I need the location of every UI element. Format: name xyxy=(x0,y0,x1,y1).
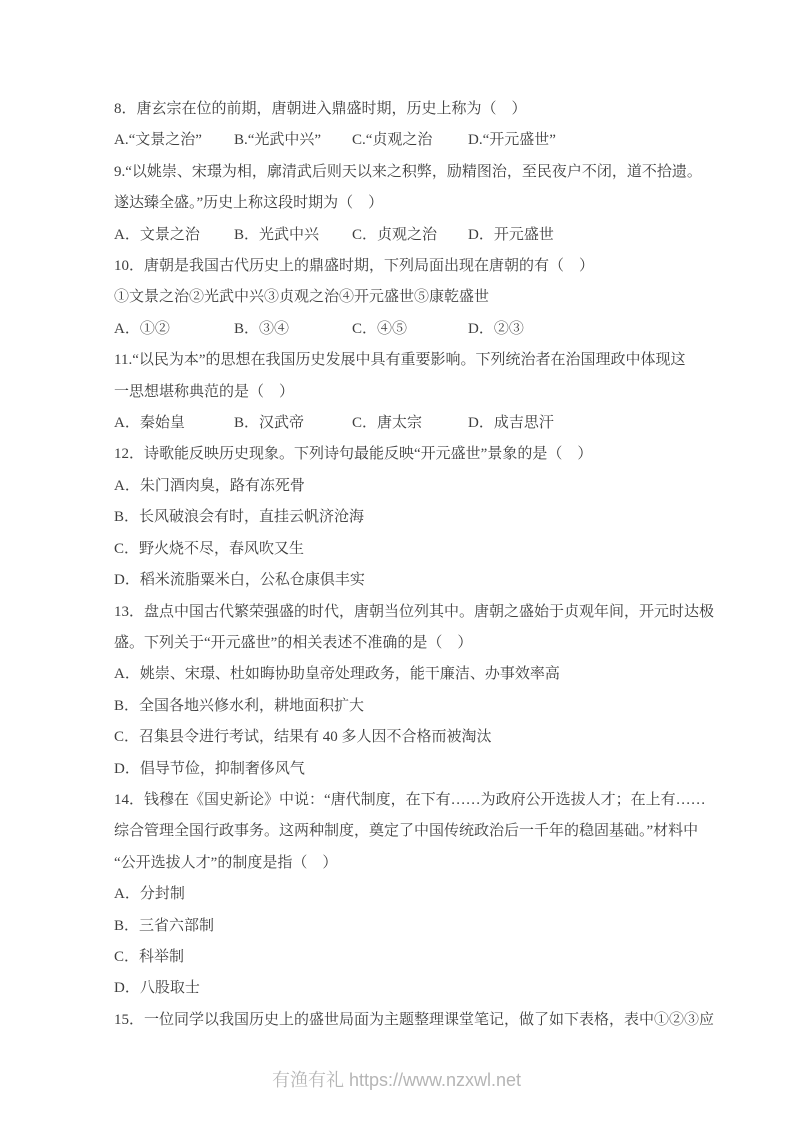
question-9-options-row: A．文景之治 B．光武中兴 C．贞观之治 D．开元盛世 xyxy=(114,220,714,251)
footer-watermark: 有渔有礼 https://www.nzxwl.net xyxy=(0,1066,793,1092)
watermark-text: 有渔有礼 https://www.nzxwl.net xyxy=(272,1070,521,1090)
question-13: 13．盘点中国古代繁荣强盛的时代，唐朝当位列其中。唐朝之盛始于贞观年间，开元时达… xyxy=(114,597,714,785)
question-9-option-b: B．光武中兴 xyxy=(234,220,352,251)
question-8-option-a: A.“文景之治” xyxy=(114,125,234,156)
question-11-option-d: D．成吉思汗 xyxy=(468,408,714,439)
question-14-option-c: C．科举制 xyxy=(114,942,714,973)
question-14-option-a: A．分封制 xyxy=(114,879,714,910)
question-10: 10．唐朝是我国古代历史上的鼎盛时期，下列局面出现在唐朝的有（ ） ①文景之治②… xyxy=(114,251,714,345)
question-9-option-d: D．开元盛世 xyxy=(468,220,714,251)
question-11: 11.“以民为本”的思想在我国历史发展中具有重要影响。下列统治者在治国理政中体现… xyxy=(114,345,714,439)
question-14: 14．钱穆在《国史新论》中说：“唐代制度，在下有……为政府公开选拔人才；在上有…… xyxy=(114,785,714,1005)
question-14-option-b: B．三省六部制 xyxy=(114,911,714,942)
question-8-options-row: A.“文景之治” B.“光武中兴” C.“贞观之治 D.“开元盛世” xyxy=(114,125,714,156)
question-12-stem-line-1: 12．诗歌能反映历史现象。下列诗句最能反映“开元盛世”景象的是（ ） xyxy=(114,439,714,470)
question-13-option-b: B．全国各地兴修水利，耕地面积扩大 xyxy=(114,691,714,722)
question-10-item-list: ①文景之治②光武中兴③贞观之治④开元盛世⑤康乾盛世 xyxy=(114,282,714,313)
question-10-options-row: A．①② B．③④ C．④⑤ D．②③ xyxy=(114,314,714,345)
question-12-option-c: C．野火烧不尽，春风吹又生 xyxy=(114,534,714,565)
question-10-option-d: D．②③ xyxy=(468,314,714,345)
question-12-option-a: A．朱门酒肉臭，路有冻死骨 xyxy=(114,471,714,502)
question-8-option-b: B.“光武中兴” xyxy=(234,125,352,156)
question-13-option-c: C．召集县令进行考试，结果有 40 多人因不合格而被淘汰 xyxy=(114,722,714,753)
question-10-option-b: B．③④ xyxy=(234,314,352,345)
question-11-stem-line-1: 11.“以民为本”的思想在我国历史发展中具有重要影响。下列统治者在治国理政中体现… xyxy=(114,345,714,376)
question-8: 8．唐玄宗在位的前期，唐朝进入鼎盛时期，历史上称为（ ） A.“文景之治” B.… xyxy=(114,94,714,157)
question-13-stem-line-1: 13．盘点中国古代繁荣强盛的时代，唐朝当位列其中。唐朝之盛始于贞观年间，开元时达… xyxy=(114,597,714,628)
question-11-options-row: A．秦始皇 B．汉武帝 C．唐太宗 D．成吉思汗 xyxy=(114,408,714,439)
question-15: 15．一位同学以我国历史上的盛世局面为主题整理课堂笔记，做了如下表格，表中①②③… xyxy=(114,1005,714,1036)
question-8-option-c: C.“贞观之治 xyxy=(352,125,468,156)
question-13-option-a: A．姚崇、宋璟、杜如晦协助皇帝处理政务，能干廉洁、办事效率高 xyxy=(114,659,714,690)
question-12: 12．诗歌能反映历史现象。下列诗句最能反映“开元盛世”景象的是（ ） A．朱门酒… xyxy=(114,439,714,596)
question-9-stem-line-1: 9.“以姚崇、宋璟为相，廓清武后则天以来之积弊，励精图治，至民夜户不闭，道不拾遗… xyxy=(114,157,714,188)
question-12-option-b: B．长风破浪会有时，直挂云帆济沧海 xyxy=(114,502,714,533)
question-11-stem-line-2: 一思想堪称典范的是（ ） xyxy=(114,377,714,408)
question-10-stem-line-1: 10．唐朝是我国古代历史上的鼎盛时期，下列局面出现在唐朝的有（ ） xyxy=(114,251,714,282)
question-13-option-d: D．倡导节俭，抑制奢侈风气 xyxy=(114,754,714,785)
exam-page: 8．唐玄宗在位的前期，唐朝进入鼎盛时期，历史上称为（ ） A.“文景之治” B.… xyxy=(0,0,793,1122)
question-14-option-d: D．八股取士 xyxy=(114,973,714,1004)
question-14-stem-line-3: “公开选拔人才”的制度是指（ ） xyxy=(114,848,714,879)
question-9-option-c: C．贞观之治 xyxy=(352,220,468,251)
question-10-option-a: A．①② xyxy=(114,314,234,345)
question-11-option-b: B．汉武帝 xyxy=(234,408,352,439)
question-13-stem-line-2: 盛。下列关于“开元盛世”的相关表述不准确的是（ ） xyxy=(114,628,714,659)
question-8-stem-line-1: 8．唐玄宗在位的前期，唐朝进入鼎盛时期，历史上称为（ ） xyxy=(114,94,714,125)
question-9-stem-line-2: 遂达臻全盛。”历史上称这段时期为（ ） xyxy=(114,188,714,219)
question-14-stem-line-1: 14．钱穆在《国史新论》中说：“唐代制度，在下有……为政府公开选拔人才；在上有…… xyxy=(114,785,714,816)
question-11-option-a: A．秦始皇 xyxy=(114,408,234,439)
question-12-option-d: D．稻米流脂粟米白，公私仓康俱丰实 xyxy=(114,565,714,596)
question-15-stem-line-1: 15．一位同学以我国历史上的盛世局面为主题整理课堂笔记，做了如下表格，表中①②③… xyxy=(114,1005,714,1036)
question-11-option-c: C．唐太宗 xyxy=(352,408,468,439)
question-8-option-d: D.“开元盛世” xyxy=(468,125,714,156)
question-list: 8．唐玄宗在位的前期，唐朝进入鼎盛时期，历史上称为（ ） A.“文景之治” B.… xyxy=(114,94,714,1036)
question-9-option-a: A．文景之治 xyxy=(114,220,234,251)
question-10-option-c: C．④⑤ xyxy=(352,314,468,345)
question-9: 9.“以姚崇、宋璟为相，廓清武后则天以来之积弊，励精图治，至民夜户不闭，道不拾遗… xyxy=(114,157,714,251)
question-14-stem-line-2: 综合管理全国行政事务。这两种制度，奠定了中国传统政治后一千年的稳固基础。”材料中 xyxy=(114,816,714,847)
